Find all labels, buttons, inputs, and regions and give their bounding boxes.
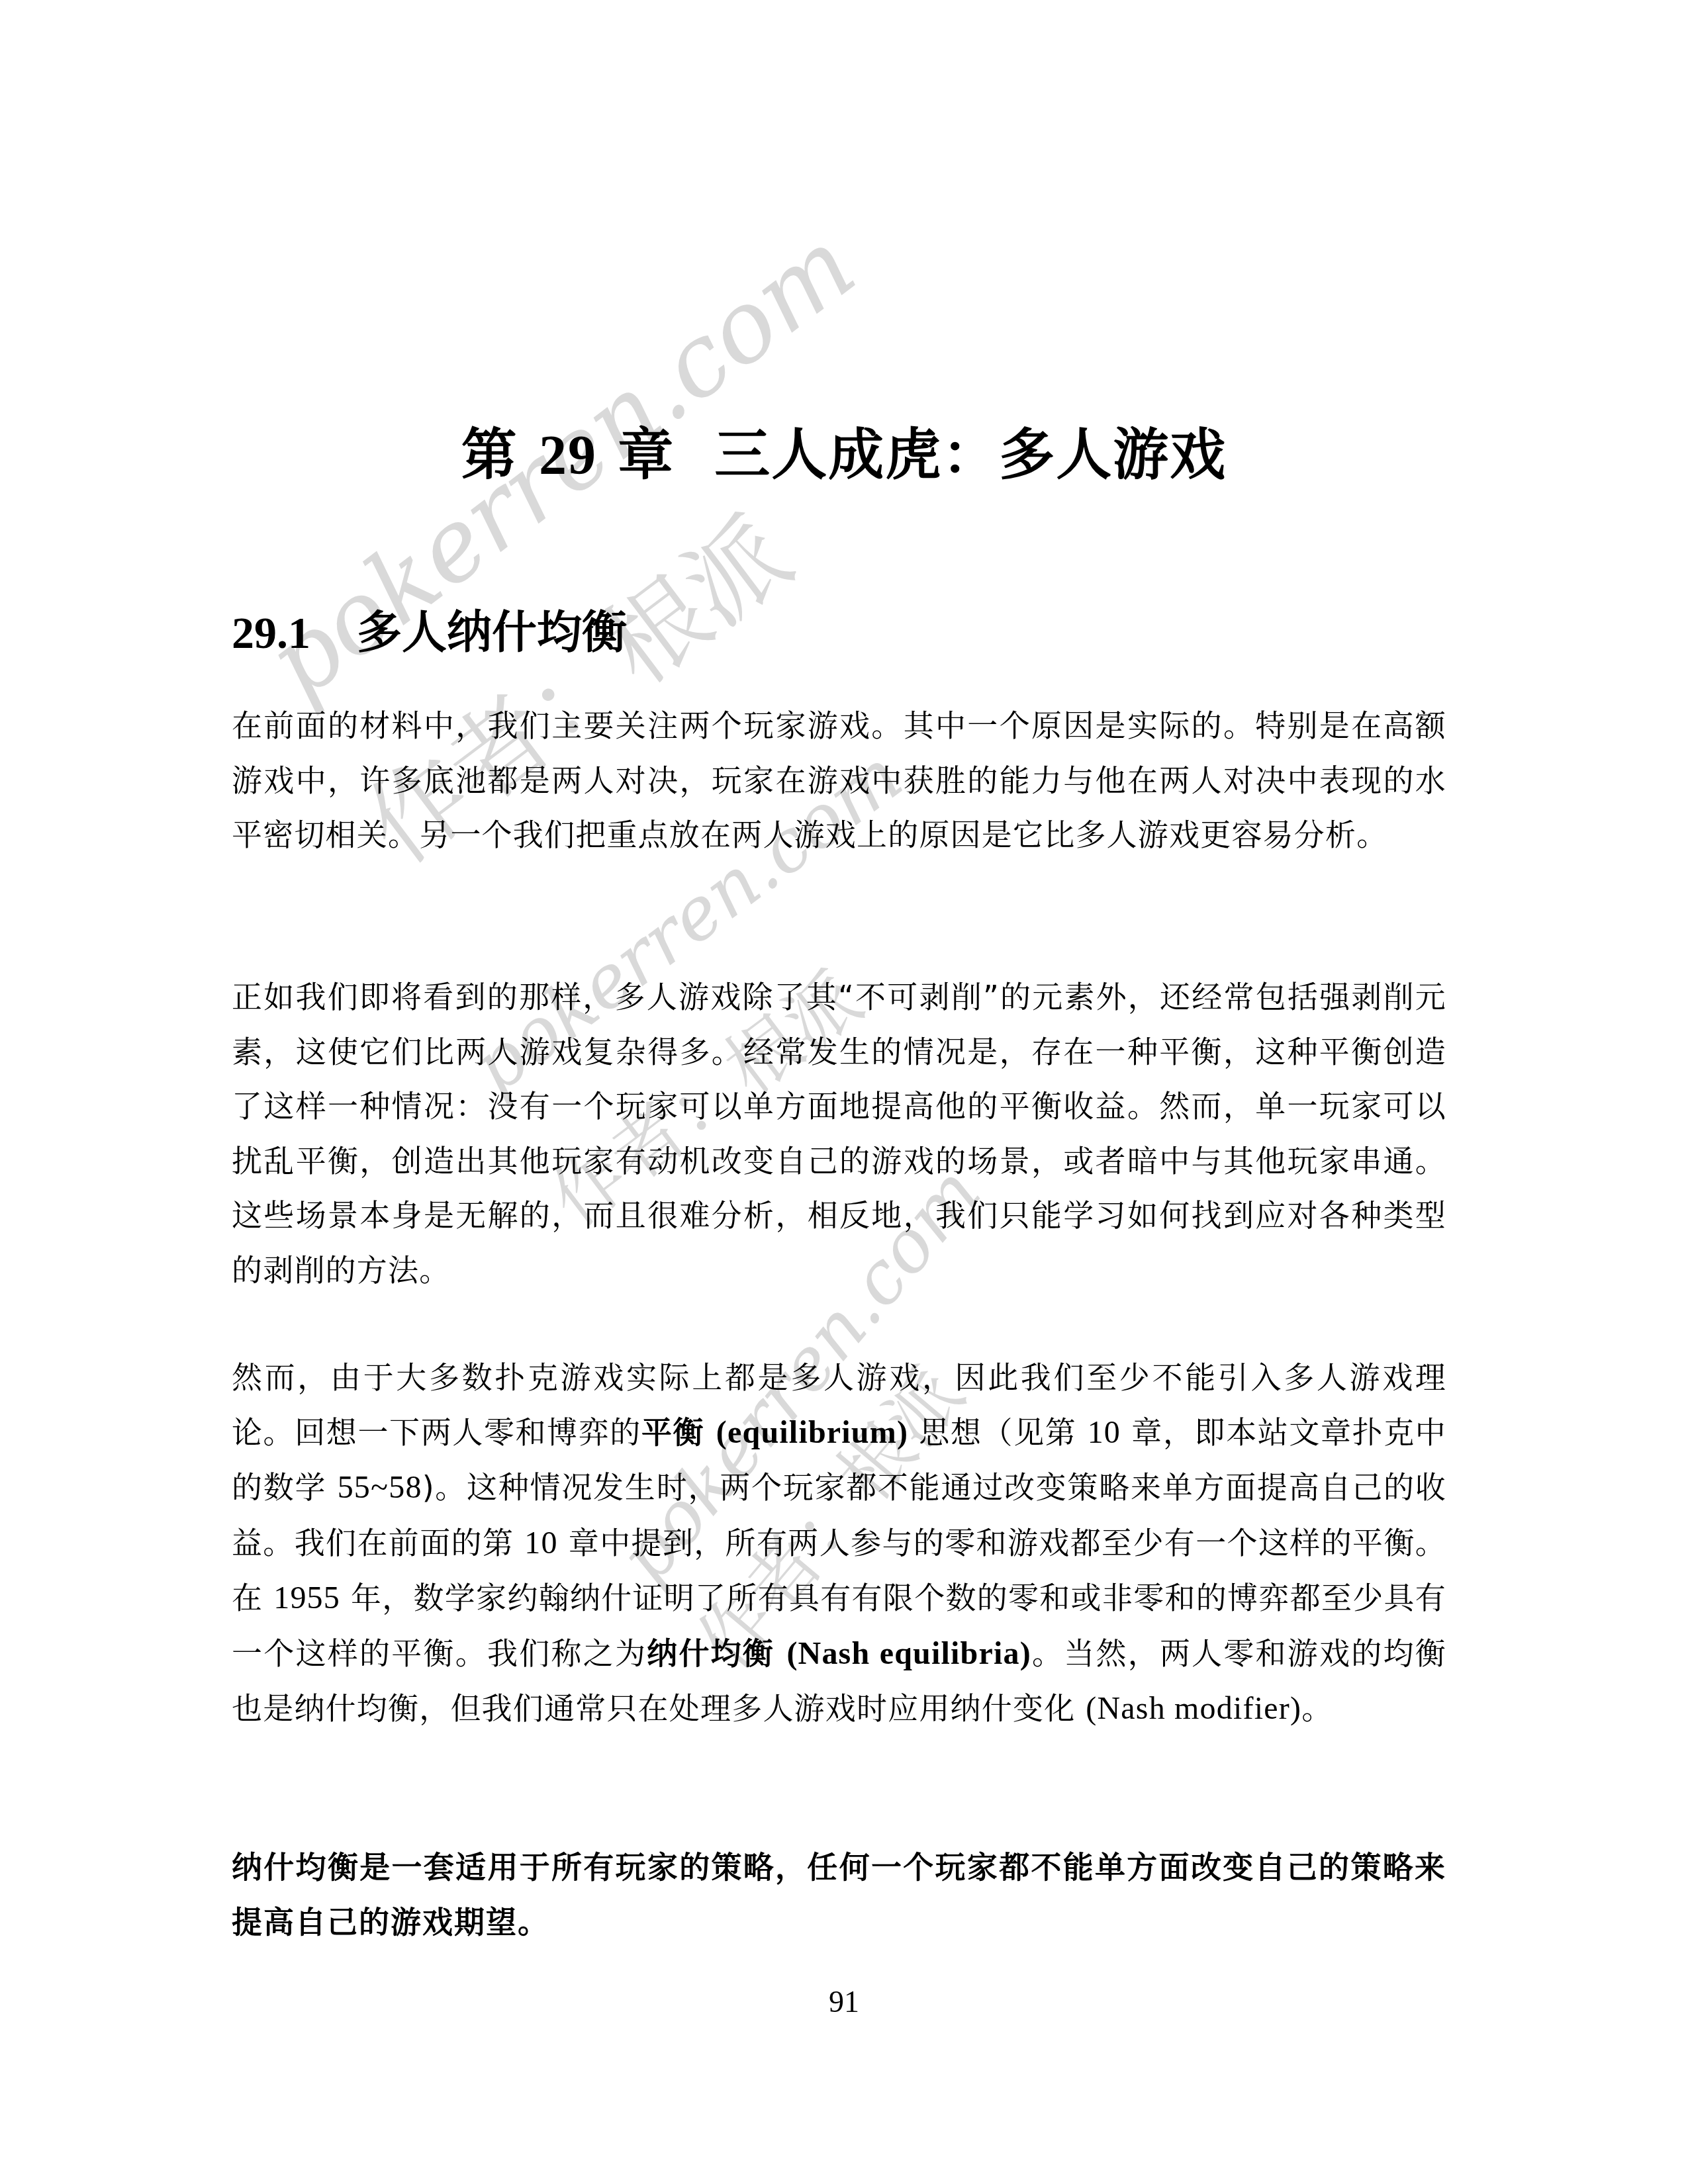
body-paragraph: 在前面的材料中，我们主要关注两个玩家游戏。其中一个原因是实际的。特别是在高额游戏… — [232, 698, 1446, 862]
chapter-suffix: 章 — [618, 422, 675, 487]
page-number: 91 — [0, 1984, 1688, 2019]
term-en: (Nash equilibria) — [786, 1636, 1031, 1671]
chapter-reference: 10 — [1088, 1415, 1121, 1450]
chapter-reference: 10 — [524, 1525, 557, 1561]
chapter-title: 第 29 章三人成虎：多人游戏 — [0, 418, 1688, 492]
page-range: 55~58 — [338, 1470, 422, 1505]
definition-paragraph: 纳什均衡是一套适用于所有玩家的策略，任何一个玩家都不能单方面改变自己的策略来提高… — [232, 1840, 1446, 1949]
body-paragraph: 然而，由于大多数扑克游戏实际上都是多人游戏，因此我们至少不能引入多人游戏理论。回… — [232, 1350, 1446, 1737]
body-paragraph: 正如我们即将看到的那样，多人游戏除了其“不可剥削”的元素外，还经常包括强剥削元素… — [232, 970, 1446, 1297]
term-zh: 平衡 — [641, 1414, 704, 1450]
chapter-name: 三人成虎：多人游戏 — [714, 422, 1227, 487]
term-equilibrium: 平衡 (equilibrium) — [641, 1414, 908, 1450]
year: 1955 — [273, 1580, 340, 1615]
section-number: 29.1 — [232, 608, 310, 658]
chapter-number: 29 — [539, 425, 597, 486]
chapter-prefix: 第 — [461, 422, 518, 487]
term-nash-equilibria: 纳什均衡 (Nash equilibria) — [647, 1635, 1031, 1671]
section-heading: 29.1多人纳什均衡 — [232, 600, 627, 666]
term-en: (equilibrium) — [716, 1415, 908, 1450]
section-name: 多人纳什均衡 — [357, 607, 627, 659]
term-en: (Nash modifier) — [1086, 1691, 1301, 1726]
text-run: 思想（见第 — [908, 1414, 1088, 1450]
document-page: pokerren.com 作者：根派 pokerren.com 作者：根派 po… — [0, 0, 1688, 2184]
text-run: 。 — [1301, 1690, 1333, 1726]
term-zh: 纳什均衡 — [647, 1635, 774, 1671]
